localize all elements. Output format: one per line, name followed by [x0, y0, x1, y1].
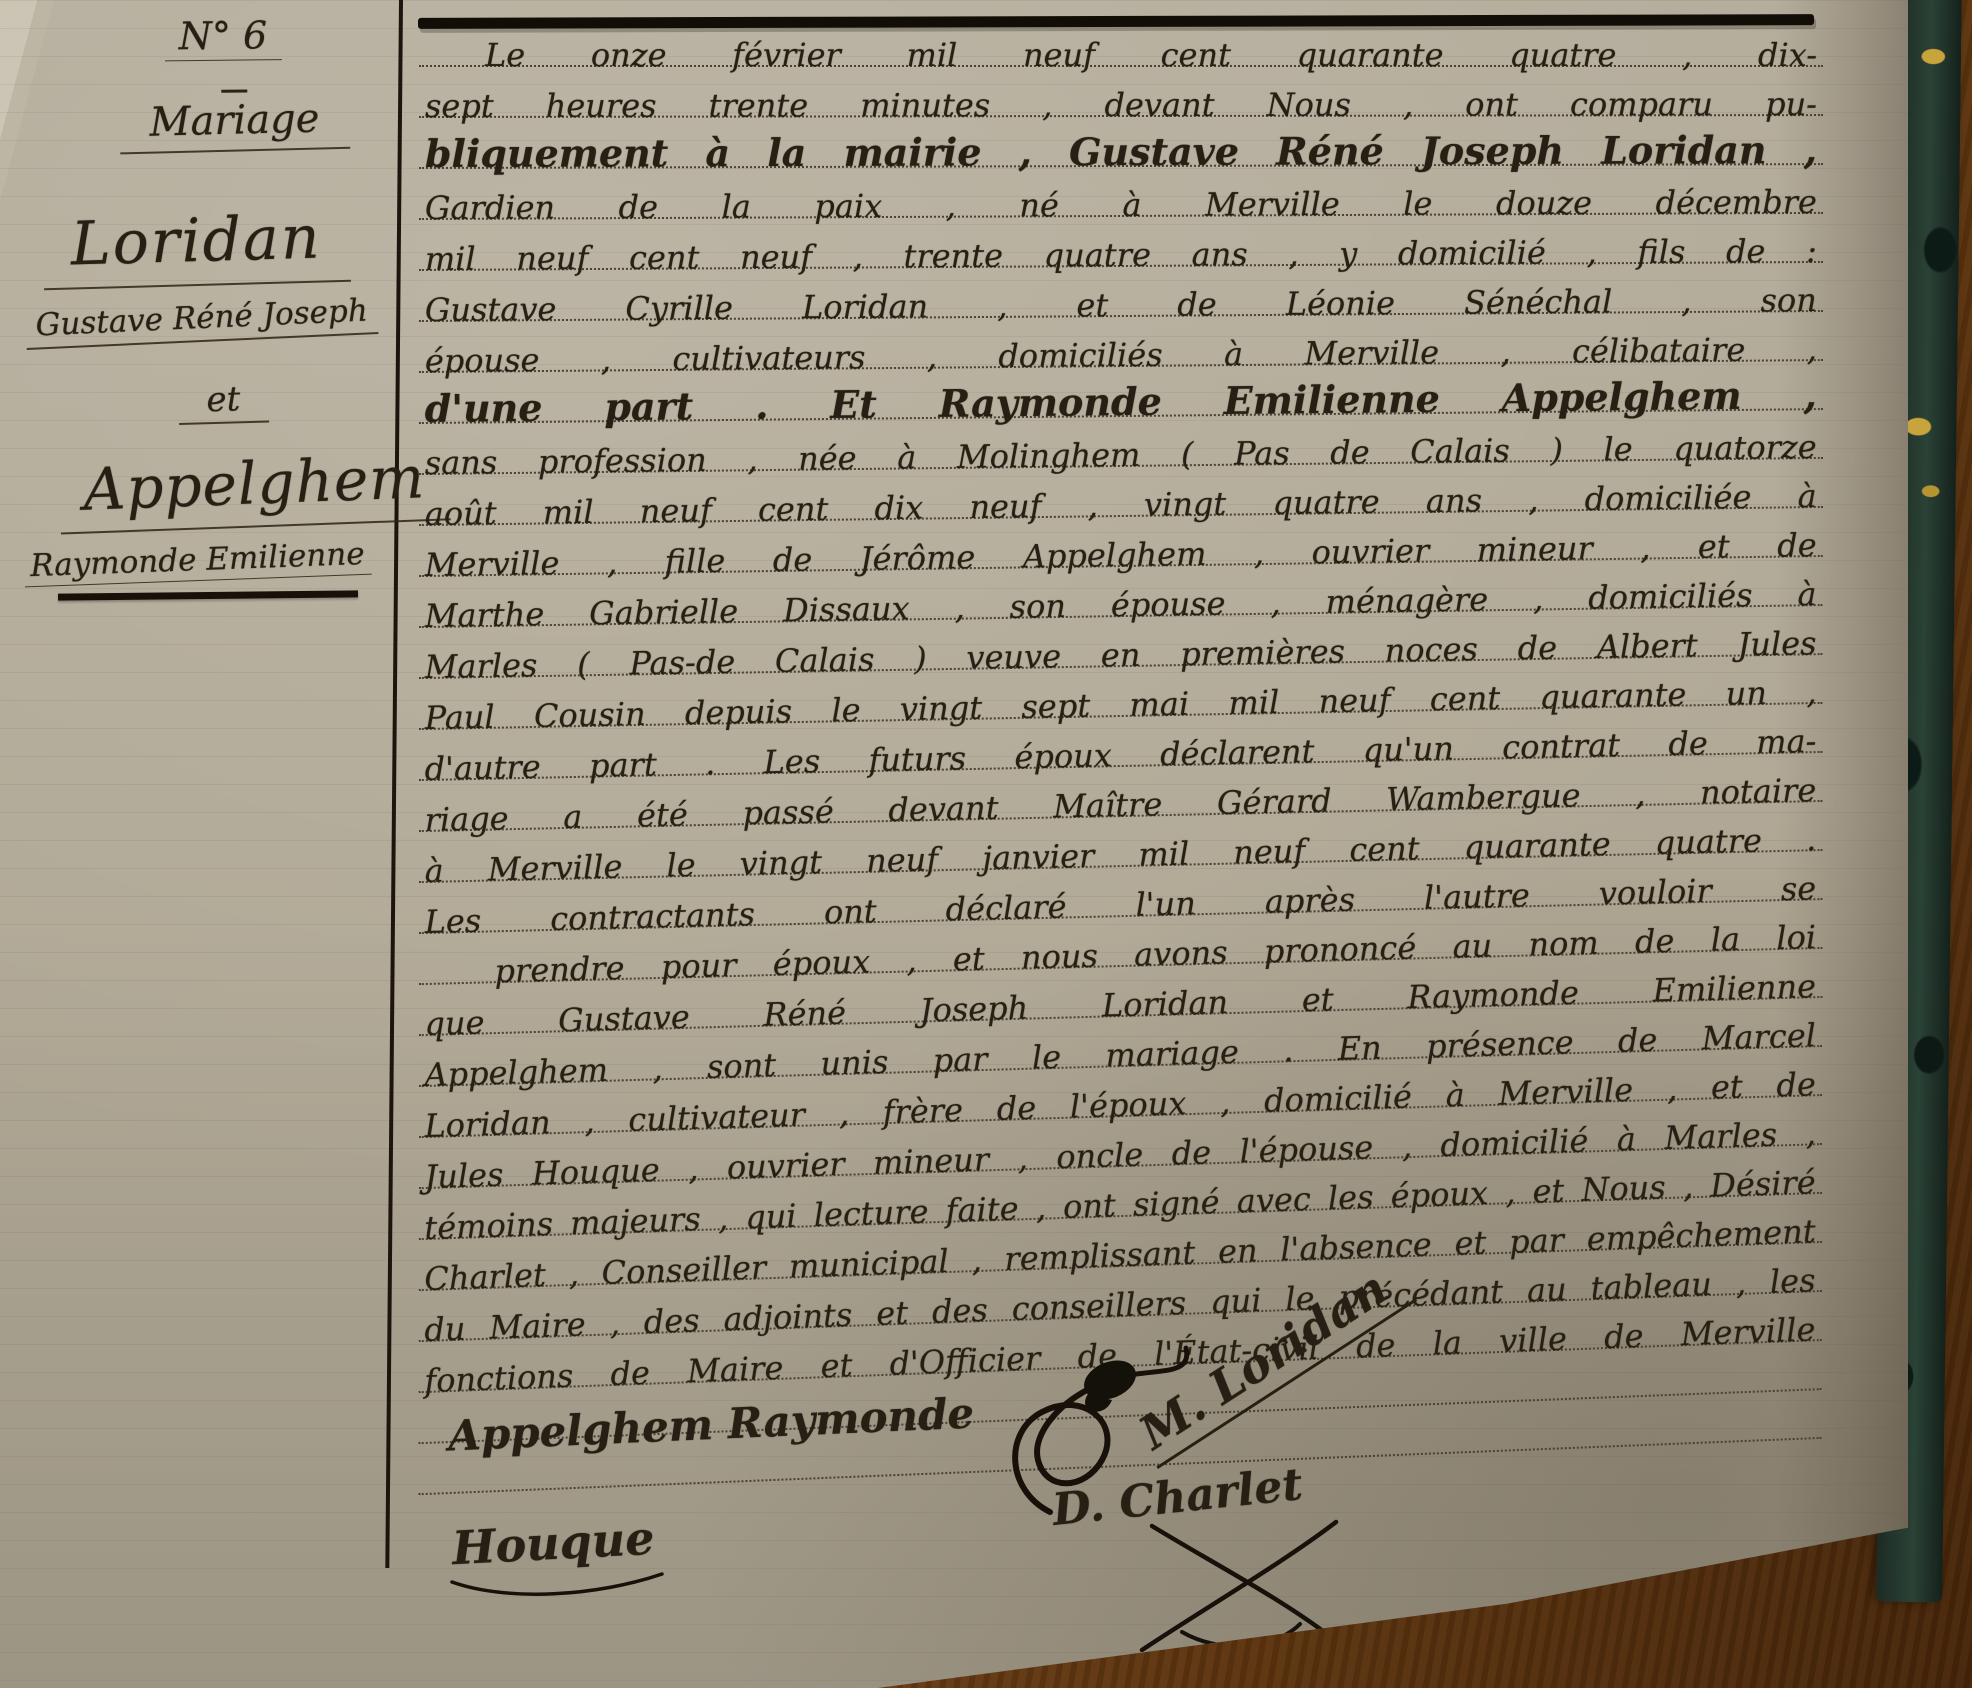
act-type-label: Mariage	[119, 95, 350, 155]
scanned-register-page: N° 6 Mariage Loridan Gustave Réné Joseph…	[0, 0, 1972, 1688]
groom-signature-flourish	[988, 1340, 1218, 1520]
act-number: N° 6	[164, 13, 281, 61]
act-line: Gardien de la paix , né à Merville le do…	[425, 169, 1817, 226]
bride-given-names-label: Raymonde Emilienne	[24, 536, 372, 588]
groom-surname-label: Loridan	[42, 202, 351, 291]
bride-surname-label: Appelghem	[58, 442, 450, 534]
act-number-dash	[221, 89, 247, 92]
act-line: Le onze février mil neuf cent quarante q…	[425, 22, 1817, 73]
witness-houque-signature: Houque	[451, 1511, 656, 1576]
act-line: bliquement à la mairie , Gustave Réné Jo…	[425, 120, 1817, 175]
act-text-block: Le onze février mil neuf cent quarante q…	[425, 22, 1817, 1501]
margin-column: N° 6 Mariage Loridan Gustave Réné Joseph…	[0, 0, 404, 702]
groom-given-names-label: Gustave Réné Joseph	[25, 292, 379, 350]
register-paper: N° 6 Mariage Loridan Gustave Réné Joseph…	[0, 0, 1908, 1688]
houque-underline-flourish	[448, 1568, 668, 1604]
act-line: sept heures trente minutes , devant Nous…	[425, 71, 1817, 124]
conjunction-label: et	[178, 379, 269, 425]
